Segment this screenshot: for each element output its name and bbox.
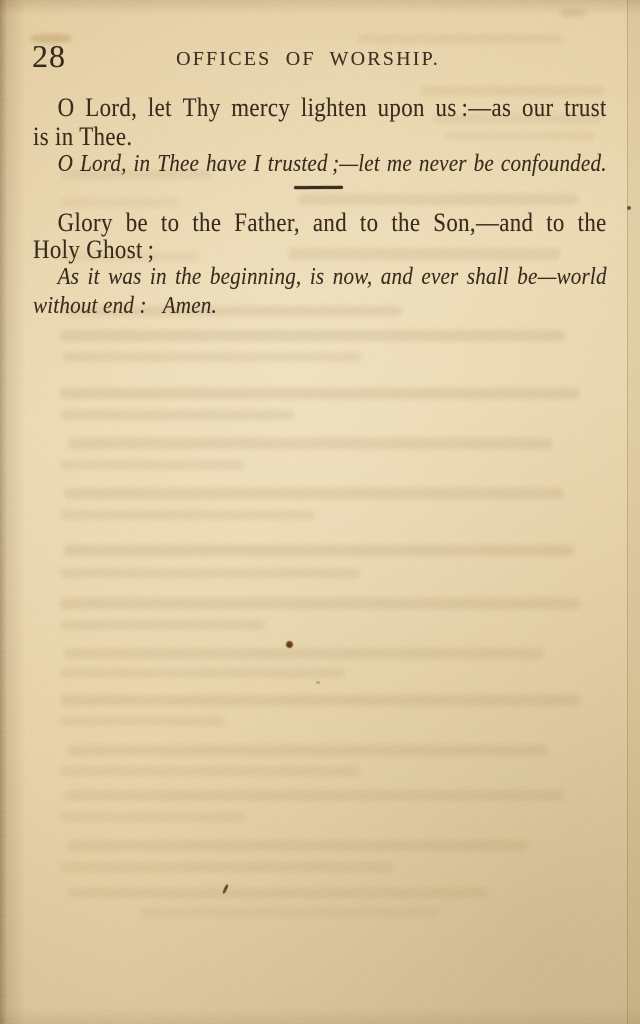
text-column: OLord,letThymercylightenuponus :—asourtr…: [0, 0, 640, 1024]
response-line-3: without end : Amen.: [33, 292, 607, 320]
response-line-1: OLord,inTheehaveItrusted ;—letmeneverbec…: [33, 150, 607, 178]
response-line-2: Asitwasinthebeginning,isnow,andevershall…: [33, 263, 607, 291]
verse-line-1: OLord,letThymercylightenuponus :—asourtr…: [33, 94, 607, 122]
verse-line-2: is in Thee.: [33, 123, 607, 151]
verse-line-3: GlorybetotheFather,andtotheSon,—andtothe: [33, 209, 607, 237]
section-divider: [294, 186, 343, 189]
verse-line-4: Holy Ghost ;: [33, 236, 607, 264]
book-page: 28 OFFICES OF WORSHIP. OLord,letThymercy…: [0, 0, 640, 1024]
